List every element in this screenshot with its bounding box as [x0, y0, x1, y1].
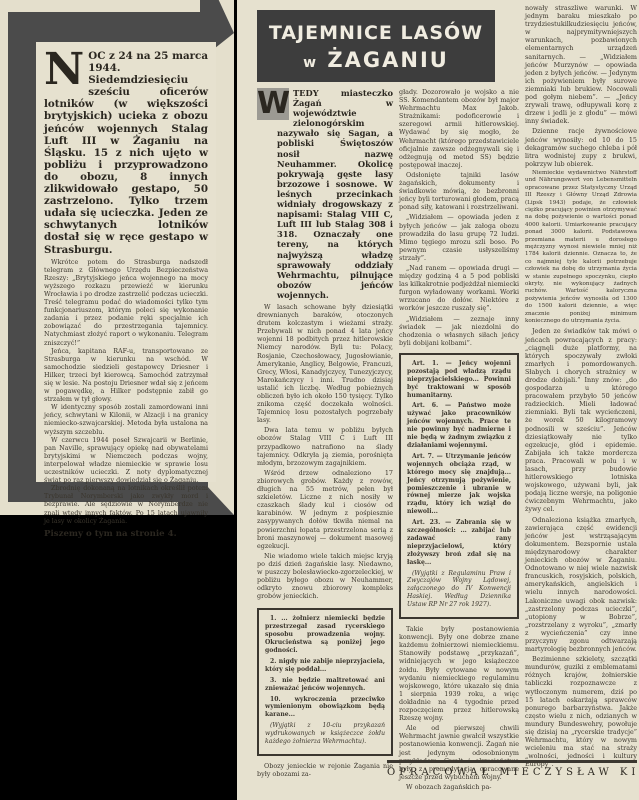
body-paragraph: Dzienne racje żywnościowe jeńców wynosił… [525, 127, 637, 167]
article-page: TAJEMNICE LASÓW w ŻAGANIU WTEDY miastecz… [237, 0, 639, 800]
lead-paragraph: NOC z 24 na 25 marca 1944. Siedemdziesię… [44, 50, 208, 256]
body-paragraph: Odsłonięte tajniki lasów żagańskich, dok… [399, 171, 519, 211]
body-paragraph: Jeden ze świadków tak mówi o jeńcach pow… [525, 327, 637, 513]
left-clipping: NOC z 24 na 25 marca 1944. Siedemdziesię… [0, 0, 234, 515]
body-paragraph: Wśród drzew odnaleziono 17 zbiorowych gr… [257, 469, 393, 550]
byline-rule [387, 760, 637, 763]
body-paragraph: Takie były postanowienia konwencji. Były… [399, 625, 519, 722]
body-paragraph: „Widziałem — zeznaje inny świadek — jak … [399, 315, 519, 347]
drop-cap: N [44, 52, 84, 88]
body-paragraph: Obozy jenieckie w rejonie Żagania nie by… [257, 762, 393, 778]
body-paragraph: Nie wiadomo wiele takich miejsc kryją po… [257, 552, 393, 601]
body-paragraph: W lasach schowane były dziesiątki drewni… [257, 303, 393, 424]
body-paragraph: Odnaleziona książka zmarłych, zawierając… [525, 516, 637, 654]
intro-paragraph: WTEDY miasteczko Żagań w województwie zi… [257, 88, 393, 300]
body-paragraph: W obozach żagańskich pa- [399, 783, 519, 791]
byline: OPRACOWAŁ MIECZYSŁAW KIETA [387, 767, 637, 778]
box-source-note: (Wyjątki z 10-ciu przykazań wydrukowanyc… [265, 722, 385, 746]
body-paragraph: „Widziałem — opowiada jeden z byłych jeń… [399, 213, 519, 262]
body-paragraph: Wkrótce potem do Strasburga nadszedł tel… [44, 258, 208, 347]
body-paragraph: Zbrodnię dokonaną na lotnikach określił … [44, 484, 208, 524]
headline-line-2: w ŻAGANIU [257, 48, 495, 72]
body-paragraph: nowały straszliwe warunki. W jednym bara… [525, 4, 637, 125]
body-paragraph: „Nad ranem — opowiada drugi — między god… [399, 264, 519, 313]
headline-line-1: TAJEMNICE LASÓW [257, 22, 495, 44]
wehrmacht-commandments-box: 1. ... żołnierz niemiecki będzie przestr… [257, 608, 393, 756]
body-paragraph: głady. Dozorowało je wojsko a nie SS. Ko… [399, 88, 519, 169]
hague-convention-box: Art. 1. — Jeńcy wojenni pozostają pod wł… [399, 353, 519, 619]
left-clipping-text-box: NOC z 24 na 25 marca 1944. Siedemdziesię… [36, 42, 216, 482]
article-column-3: nowały straszliwe warunki. W jednym bara… [525, 4, 637, 770]
body-paragraph: W czerwcu 1944 poseł Szwajcarii w Berlin… [44, 436, 208, 485]
article-column-1: WTEDY miasteczko Żagań w województwie zi… [257, 88, 393, 780]
drop-cap: W [257, 88, 289, 120]
body-paragraph: W identyczny sposób zostali zamordowani … [44, 403, 208, 435]
statistics-note: Niemieckie wydawnictwo Nährstoff und Näh… [525, 170, 637, 326]
box-source-note: (Wyjątki z Regulaminu Praw i Zwyczajów W… [407, 570, 511, 610]
body-paragraph: Jeńca, kapitana RAF-u, transportowano ze… [44, 347, 208, 404]
article-column-2: głady. Dozorowało je wojsko a nie SS. Ko… [399, 88, 519, 793]
body-paragraph: Bezimienne szkielety, szczątki mundurów,… [525, 655, 637, 768]
body-paragraph: Dwa lata temu w pobliżu byłych obozów St… [257, 426, 393, 466]
see-page-4-note: Piszemy o tym na stronie 4. [44, 529, 208, 539]
article-headline: TAJEMNICE LASÓW w ŻAGANIU [257, 10, 495, 82]
